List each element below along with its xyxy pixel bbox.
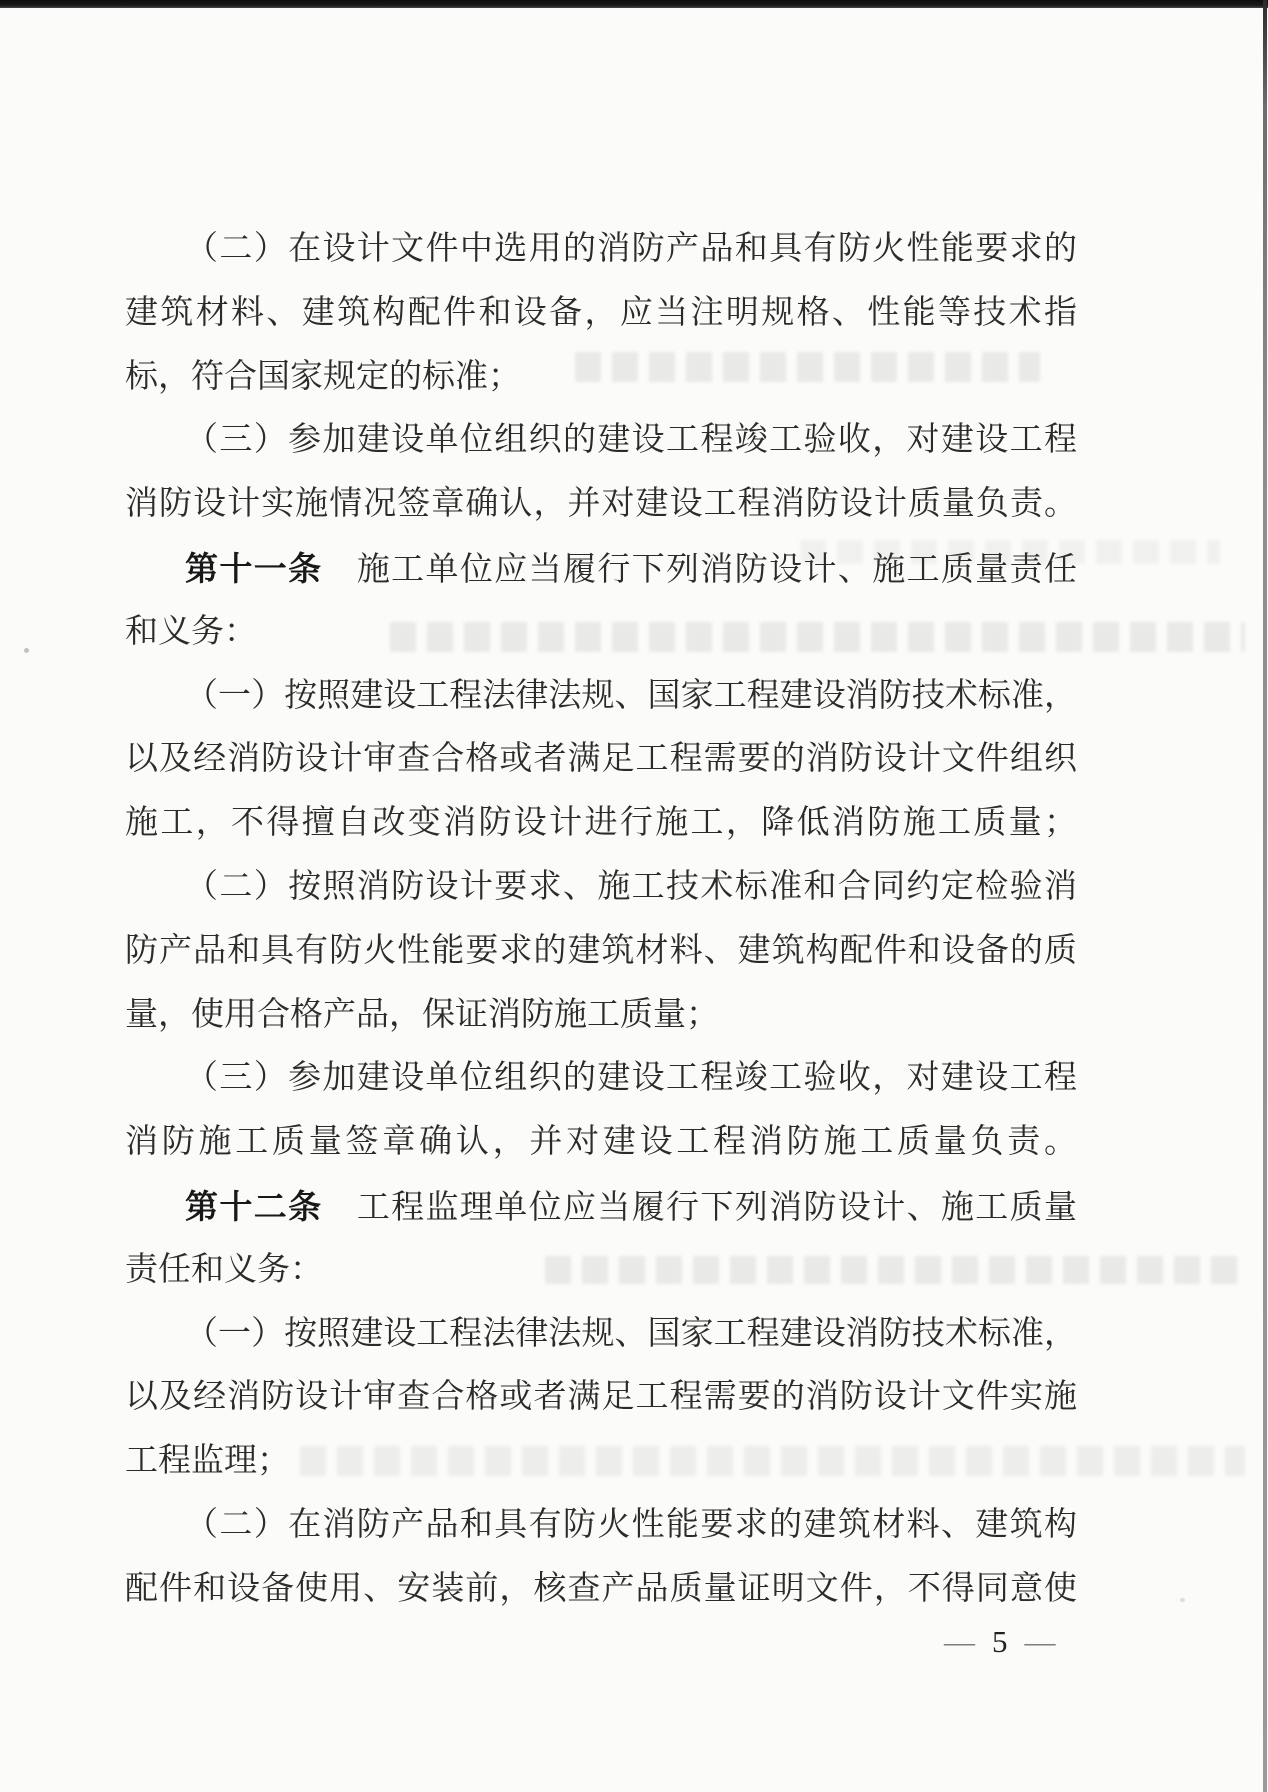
text-segment: （一）按照建设工程法律法规、国家工程建设消防技术标准， [185, 1316, 1077, 1352]
text-segment: 工程监理单位应当履行下列消防设计、施工质量 [322, 1190, 1077, 1226]
text-line: （二）在消防产品和具有防火性能要求的建筑材料、建筑构 [125, 1494, 1077, 1558]
text-segment: （一）按照建设工程法律法规、国家工程建设消防技术标准， [185, 678, 1077, 714]
text-line: 消防设计实施情况签章确认，并对建设工程消防设计质量负责。 [125, 473, 1077, 537]
text-line: 量，使用合格产品，保证消防施工质量； [125, 984, 1077, 1048]
text-line: （一）按照建设工程法律法规、国家工程建设消防技术标准， [125, 665, 1077, 729]
text-line: 消防施工质量签章确认，并对建设工程消防施工质量负责。 [125, 1111, 1077, 1175]
text-segment: 施工，不得擅自改变消防设计进行施工，降低消防施工质量； [125, 805, 1077, 841]
text-line: 和义务： [125, 601, 1077, 665]
text-line: （三）参加建设单位组织的建设工程竣工验收，对建设工程 [125, 409, 1077, 473]
text-segment: 消防施工质量签章确认，并对建设工程消防施工质量负责。 [125, 1124, 1077, 1160]
article-number: 第十二条 [185, 1188, 322, 1225]
text-line: 防产品和具有防火性能要求的建筑材料、建筑构配件和设备的质 [125, 920, 1077, 984]
scan-speck [24, 648, 29, 653]
text-segment: （二）在消防产品和具有防火性能要求的建筑材料、建筑构 [185, 1507, 1077, 1543]
footer-dash-left: — [944, 1622, 975, 1662]
document-page: （二）在设计文件中选用的消防产品和具有防火性能要求的建筑材料、建筑构配件和设备，… [0, 0, 1268, 1792]
text-segment: 防产品和具有防火性能要求的建筑材料、建筑构配件和设备的质 [125, 933, 1077, 969]
text-segment: 建筑材料、建筑构配件和设备，应当注明规格、性能等技术指 [125, 295, 1077, 331]
text-line: 第十二条 工程监理单位应当履行下列消防设计、施工质量 [125, 1175, 1077, 1239]
scan-speck [1180, 1598, 1185, 1602]
text-segment: 量，使用合格产品，保证消防施工质量； [125, 997, 719, 1033]
text-segment: 配件和设备使用、安装前，核查产品质量证明文件，不得同意使 [125, 1571, 1077, 1607]
text-segment: （三）参加建设单位组织的建设工程竣工验收，对建设工程 [185, 422, 1077, 458]
document-body: （二）在设计文件中选用的消防产品和具有防火性能要求的建筑材料、建筑构配件和设备，… [125, 218, 1077, 1622]
text-line: （二）按照消防设计要求、施工技术标准和合同约定检验消 [125, 856, 1077, 920]
text-segment: 标，符合国家规定的标准； [125, 359, 521, 395]
scan-edge-top [0, 0, 1268, 8]
text-segment: （二）按照消防设计要求、施工技术标准和合同约定检验消 [185, 869, 1077, 905]
text-segment: 和义务： [125, 614, 257, 650]
scan-edge-right [1263, 0, 1267, 1792]
text-segment: 以及经消防设计审查合格或者满足工程需要的消防设计文件实施 [125, 1379, 1077, 1415]
text-segment: 施工单位应当履行下列消防设计、施工质量责任 [322, 552, 1077, 588]
footer-dash-right: — [1025, 1622, 1056, 1662]
page-footer: — 5 — [944, 1622, 1056, 1662]
article-number: 第十一条 [185, 550, 322, 587]
text-segment: 工程监理； [125, 1443, 290, 1479]
text-line: 工程监理； [125, 1430, 1077, 1494]
text-line: 施工，不得擅自改变消防设计进行施工，降低消防施工质量； [125, 792, 1077, 856]
text-line: （三）参加建设单位组织的建设工程竣工验收，对建设工程 [125, 1047, 1077, 1111]
text-segment: 消防设计实施情况签章确认，并对建设工程消防设计质量负责。 [125, 486, 1077, 522]
text-line: （二）在设计文件中选用的消防产品和具有防火性能要求的 [125, 218, 1077, 282]
text-segment: （二）在设计文件中选用的消防产品和具有防火性能要求的 [185, 231, 1077, 267]
page-number: 5 [992, 1622, 1008, 1662]
text-segment: （三）参加建设单位组织的建设工程竣工验收，对建设工程 [185, 1060, 1077, 1096]
text-line: 标，符合国家规定的标准； [125, 346, 1077, 410]
text-line: 配件和设备使用、安装前，核查产品质量证明文件，不得同意使 [125, 1558, 1077, 1622]
text-segment: 责任和义务： [125, 1252, 323, 1288]
text-line: 责任和义务： [125, 1239, 1077, 1303]
text-line: （一）按照建设工程法律法规、国家工程建设消防技术标准， [125, 1303, 1077, 1367]
text-line: 第十一条 施工单位应当履行下列消防设计、施工质量责任 [125, 537, 1077, 601]
text-line: 以及经消防设计审查合格或者满足工程需要的消防设计文件组织 [125, 728, 1077, 792]
text-line: 以及经消防设计审查合格或者满足工程需要的消防设计文件实施 [125, 1366, 1077, 1430]
text-segment: 以及经消防设计审查合格或者满足工程需要的消防设计文件组织 [125, 741, 1077, 777]
text-line: 建筑材料、建筑构配件和设备，应当注明规格、性能等技术指 [125, 282, 1077, 346]
